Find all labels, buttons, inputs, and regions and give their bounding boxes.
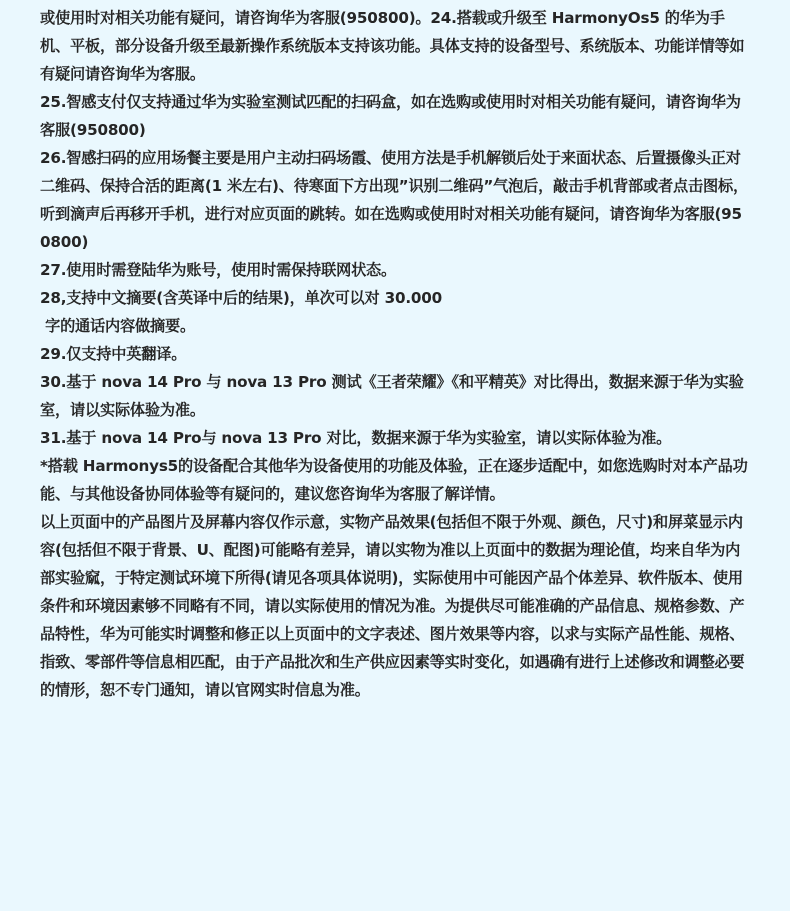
footnote-27: 27.使用时需登陆华为账号，使用时需保持联网状态。 — [40, 256, 752, 284]
footnotes-document: 或使用时对相关功能有疑问，请咨询华为客服(950800)。24.搭载或升级至 H… — [40, 4, 752, 704]
footnote-25: 25.智感支付仅支持通过华为实验室测试匹配的扫码盒，如在选购或使用时对相关功能有… — [40, 88, 752, 144]
disclaimer-paragraph: 以上页面中的产品图片及屏幕内容仅作示意，实物产品效果(包括但不限于外观、颜色，尺… — [40, 508, 752, 704]
footnote-23-24: 或使用时对相关功能有疑问，请咨询华为客服(950800)。24.搭载或升级至 H… — [40, 4, 752, 88]
footnote-30: 30.基于 nova 14 Pro 与 nova 13 Pro 测试《王者荣耀》… — [40, 368, 752, 424]
harmony-os-note: *搭载 Harmonys5的设备配合其他华为设备使用的功能及体验，正在逐步适配中… — [40, 452, 752, 508]
footnote-28-line1: 28,支持中文摘要(含英译中后的结果)，单次可以对 30.000 — [40, 284, 752, 312]
footnote-26: 26.智感扫码的应用场餐主要是用户主动扫码场霞、使用方法是手机解锁后处于来面状态… — [40, 144, 752, 256]
footnote-29: 29.仅支持中英翻译。 — [40, 340, 752, 368]
footnote-28-line2: 字的通话内容做摘要。 — [40, 312, 752, 340]
footnote-31: 31.基于 nova 14 Pro与 nova 13 Pro 对比，数据来源于华… — [40, 424, 752, 452]
